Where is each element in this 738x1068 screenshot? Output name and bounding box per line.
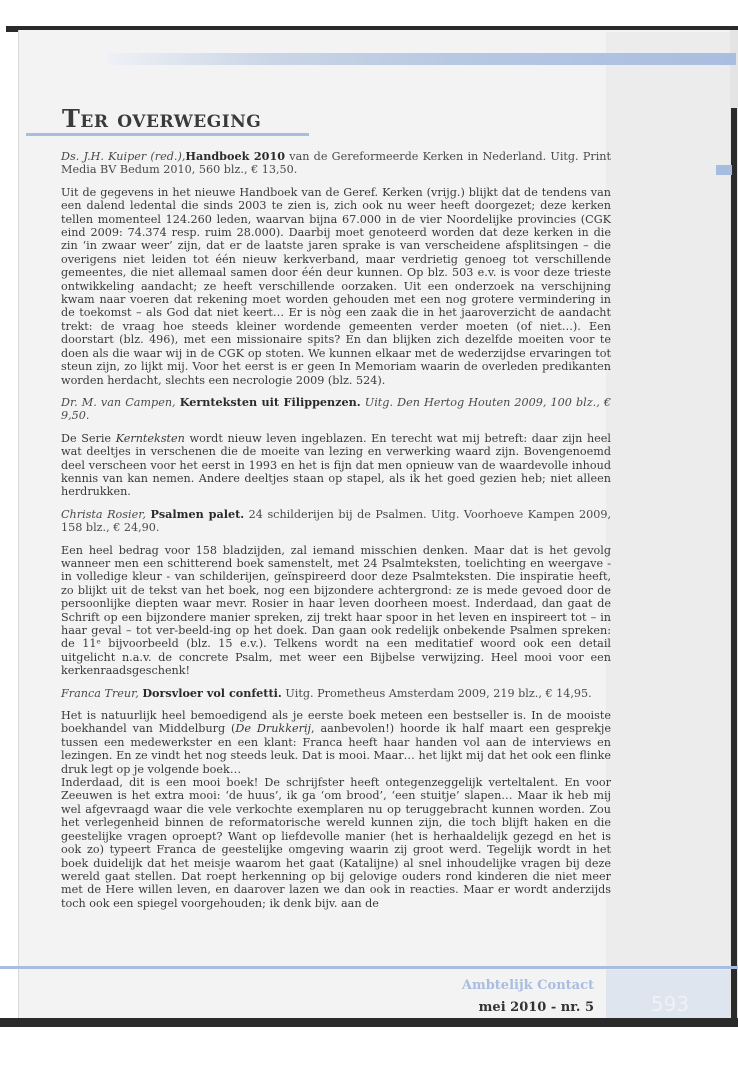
review-author: Christa Rosier, [61, 508, 146, 521]
footer-rule [0, 966, 738, 969]
article-body: Ds. J.H. Kuiper (red.),Handboek 2010 van… [61, 150, 611, 919]
review-title: Kernteksten uit Filippenzen. [180, 395, 361, 409]
review-body-4a: Het is natuurlijk heel bemoedigend als j… [61, 709, 611, 776]
series-name: Kernteksten [116, 432, 185, 445]
review-body-2: De Serie Kernteksten wordt nieuw leven i… [61, 432, 611, 499]
heading-underline [26, 133, 309, 136]
review-publication: Uitg. Prometheus Amsterdam 2009, 219 blz… [282, 687, 592, 700]
review-citation-3: Christa Rosier, Psalmen palet. 24 schild… [61, 508, 611, 535]
bookstore-name: De Drukkerij [235, 722, 311, 735]
scan-right-edge [731, 108, 737, 1020]
review-citation-2: Dr. M. van Campen, Kernteksten uit Filip… [61, 396, 611, 423]
review-author: Ds. J.H. Kuiper (red.), [61, 150, 185, 163]
journal-name: Ambtelijk Contact [462, 978, 594, 993]
section-tab-marker [716, 165, 732, 175]
right-margin-band [606, 32, 730, 1022]
review-body-1: Uit de gegevens in het nieuwe Handboek v… [61, 186, 611, 387]
top-decorative-bar [108, 53, 736, 65]
review-title: Psalmen palet. [150, 507, 244, 521]
review-body-3: Een heel bedrag voor 158 bladzijden, zal… [61, 544, 611, 678]
review-citation-1: Ds. J.H. Kuiper (red.),Handboek 2010 van… [61, 150, 611, 177]
section-heading: Ter overweging [62, 104, 261, 133]
review-text: De Serie [61, 432, 116, 445]
issue-info: mei 2010 - nr. 5 [479, 1000, 594, 1015]
review-author: Franca Treur, [61, 687, 139, 700]
review-title: Dorsvloer vol confetti. [142, 686, 281, 700]
review-title: Handboek 2010 [185, 149, 285, 163]
review-author: Dr. M. van Campen, [61, 396, 176, 409]
scan-bottom-edge [0, 1018, 738, 1027]
review-body-4b: Inderdaad, dit is een mooi boek! De schr… [61, 776, 611, 910]
review-citation-4: Franca Treur, Dorsvloer vol confetti. Ui… [61, 687, 611, 700]
page-number: 593 [630, 992, 710, 1016]
